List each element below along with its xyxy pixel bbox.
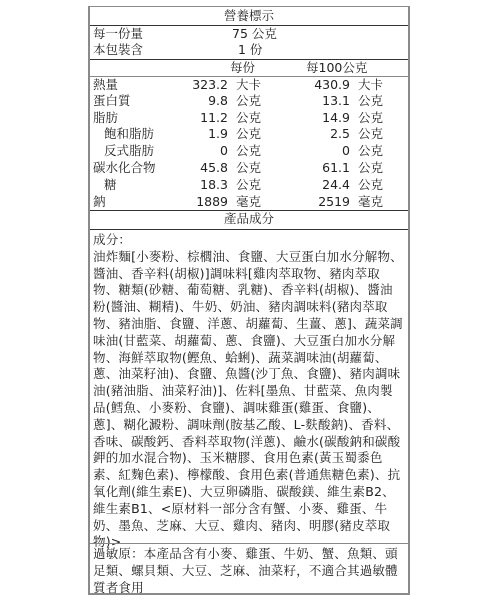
per-100g-header: 每100公克 [306,60,367,76]
per-serving-value: 1.9 [208,126,228,142]
per-serving-unit: 公克 [236,160,261,176]
ingredients-title: 產品成分 [90,210,408,230]
nutrition-label: 營養標示 每一份量 75 公克 本包裝含 1 份 每份 每100公克 熱量323… [88,6,410,595]
per-serving-unit: 毫克 [236,194,261,210]
per-100g-value: 24.4 [322,177,350,193]
nutrient-row: 脂肪11.2公克14.9公克 [90,110,408,127]
per-100g-unit: 公克 [358,143,383,159]
per-100g-value: 0 [342,143,350,159]
per-100g-unit: 毫克 [358,194,383,210]
servings-per-package-row: 本包裝含 1 份 [90,42,408,59]
servings-per-package-value: 1 份 [238,42,262,58]
nutrient-row: 蛋白質9.8公克13.1公克 [90,93,408,110]
nutrient-row: 鈉1889毫克2519毫克 [90,194,408,211]
nutrient-name: 鈉 [93,194,106,210]
nutrient-row: 糖18.3公克24.4公克 [90,177,408,194]
per-100g-value: 13.1 [322,93,350,109]
nutrient-name: 飽和脂肪 [104,126,154,142]
per-100g-unit: 公克 [358,177,383,193]
nutrient-row: 飽和脂肪1.9公克2.5公克 [90,126,408,143]
column-header-row: 每份 每100公克 [90,59,408,77]
per-100g-value: 61.1 [322,160,350,176]
per-serving-value: 1889 [196,194,228,210]
nutrient-name: 熱量 [93,77,118,93]
nutrition-title: 營養標示 [90,8,408,26]
per-serving-unit: 公克 [236,126,261,142]
nutrient-name: 碳水化合物 [93,160,156,176]
servings-per-package-label: 本包裝含 [93,42,143,58]
per-serving-value: 0 [220,143,228,159]
per-100g-value: 2.5 [330,126,350,142]
serving-size-value: 75 公克 [232,26,277,42]
nutrient-row: 碳水化合物45.8公克61.1公克 [90,160,408,177]
per-serving-value: 18.3 [200,177,228,193]
per-serving-unit: 公克 [236,143,261,159]
per-serving-unit: 公克 [236,177,261,193]
per-100g-value: 2519 [318,194,350,210]
per-100g-value: 14.9 [322,110,350,126]
per-100g-unit: 公克 [358,126,383,142]
nutrient-name: 反式脂肪 [104,143,154,159]
per-serving-unit: 公克 [236,93,261,109]
per-serving-value: 9.8 [208,93,228,109]
per-100g-unit: 公克 [358,93,383,109]
per-100g-unit: 公克 [358,110,383,126]
per-serving-unit: 大卡 [236,77,261,93]
allergen-text: 過敏原：本產品含有小麥、雞蛋、牛奶、蟹、魚類、頭足類、螺貝類、大豆、芝麻、油菜籽… [93,546,404,596]
nutrient-name: 蛋白質 [93,93,131,109]
serving-size-label: 每一份量 [93,26,143,42]
allergen-section: 過敏原：本產品含有小麥、雞蛋、牛奶、蟹、魚類、頭足類、螺貝類、大豆、芝麻、油菜籽… [90,543,408,594]
per-serving-unit: 公克 [236,110,261,126]
per-serving-value: 45.8 [200,160,228,176]
per-100g-value: 430.9 [314,77,350,93]
nutrient-name: 糖 [104,177,117,193]
per-100g-unit: 大卡 [358,77,383,93]
nutrient-row: 熱量323.2大卡430.9大卡 [90,76,408,94]
ingredients-text: 成分： 油炸麵[小麥粉、棕櫚油、食鹽、大豆蛋白加水分解物、醬油、香辛料(胡椒)]… [93,232,404,551]
per-serving-value: 11.2 [200,110,228,126]
serving-size-row: 每一份量 75 公克 [90,25,408,43]
per-100g-unit: 公克 [358,160,383,176]
per-serving-header: 每份 [230,60,255,76]
nutrient-row: 反式脂肪0公克0公克 [90,143,408,160]
nutrient-name: 脂肪 [93,110,118,126]
per-serving-value: 323.2 [192,77,228,93]
